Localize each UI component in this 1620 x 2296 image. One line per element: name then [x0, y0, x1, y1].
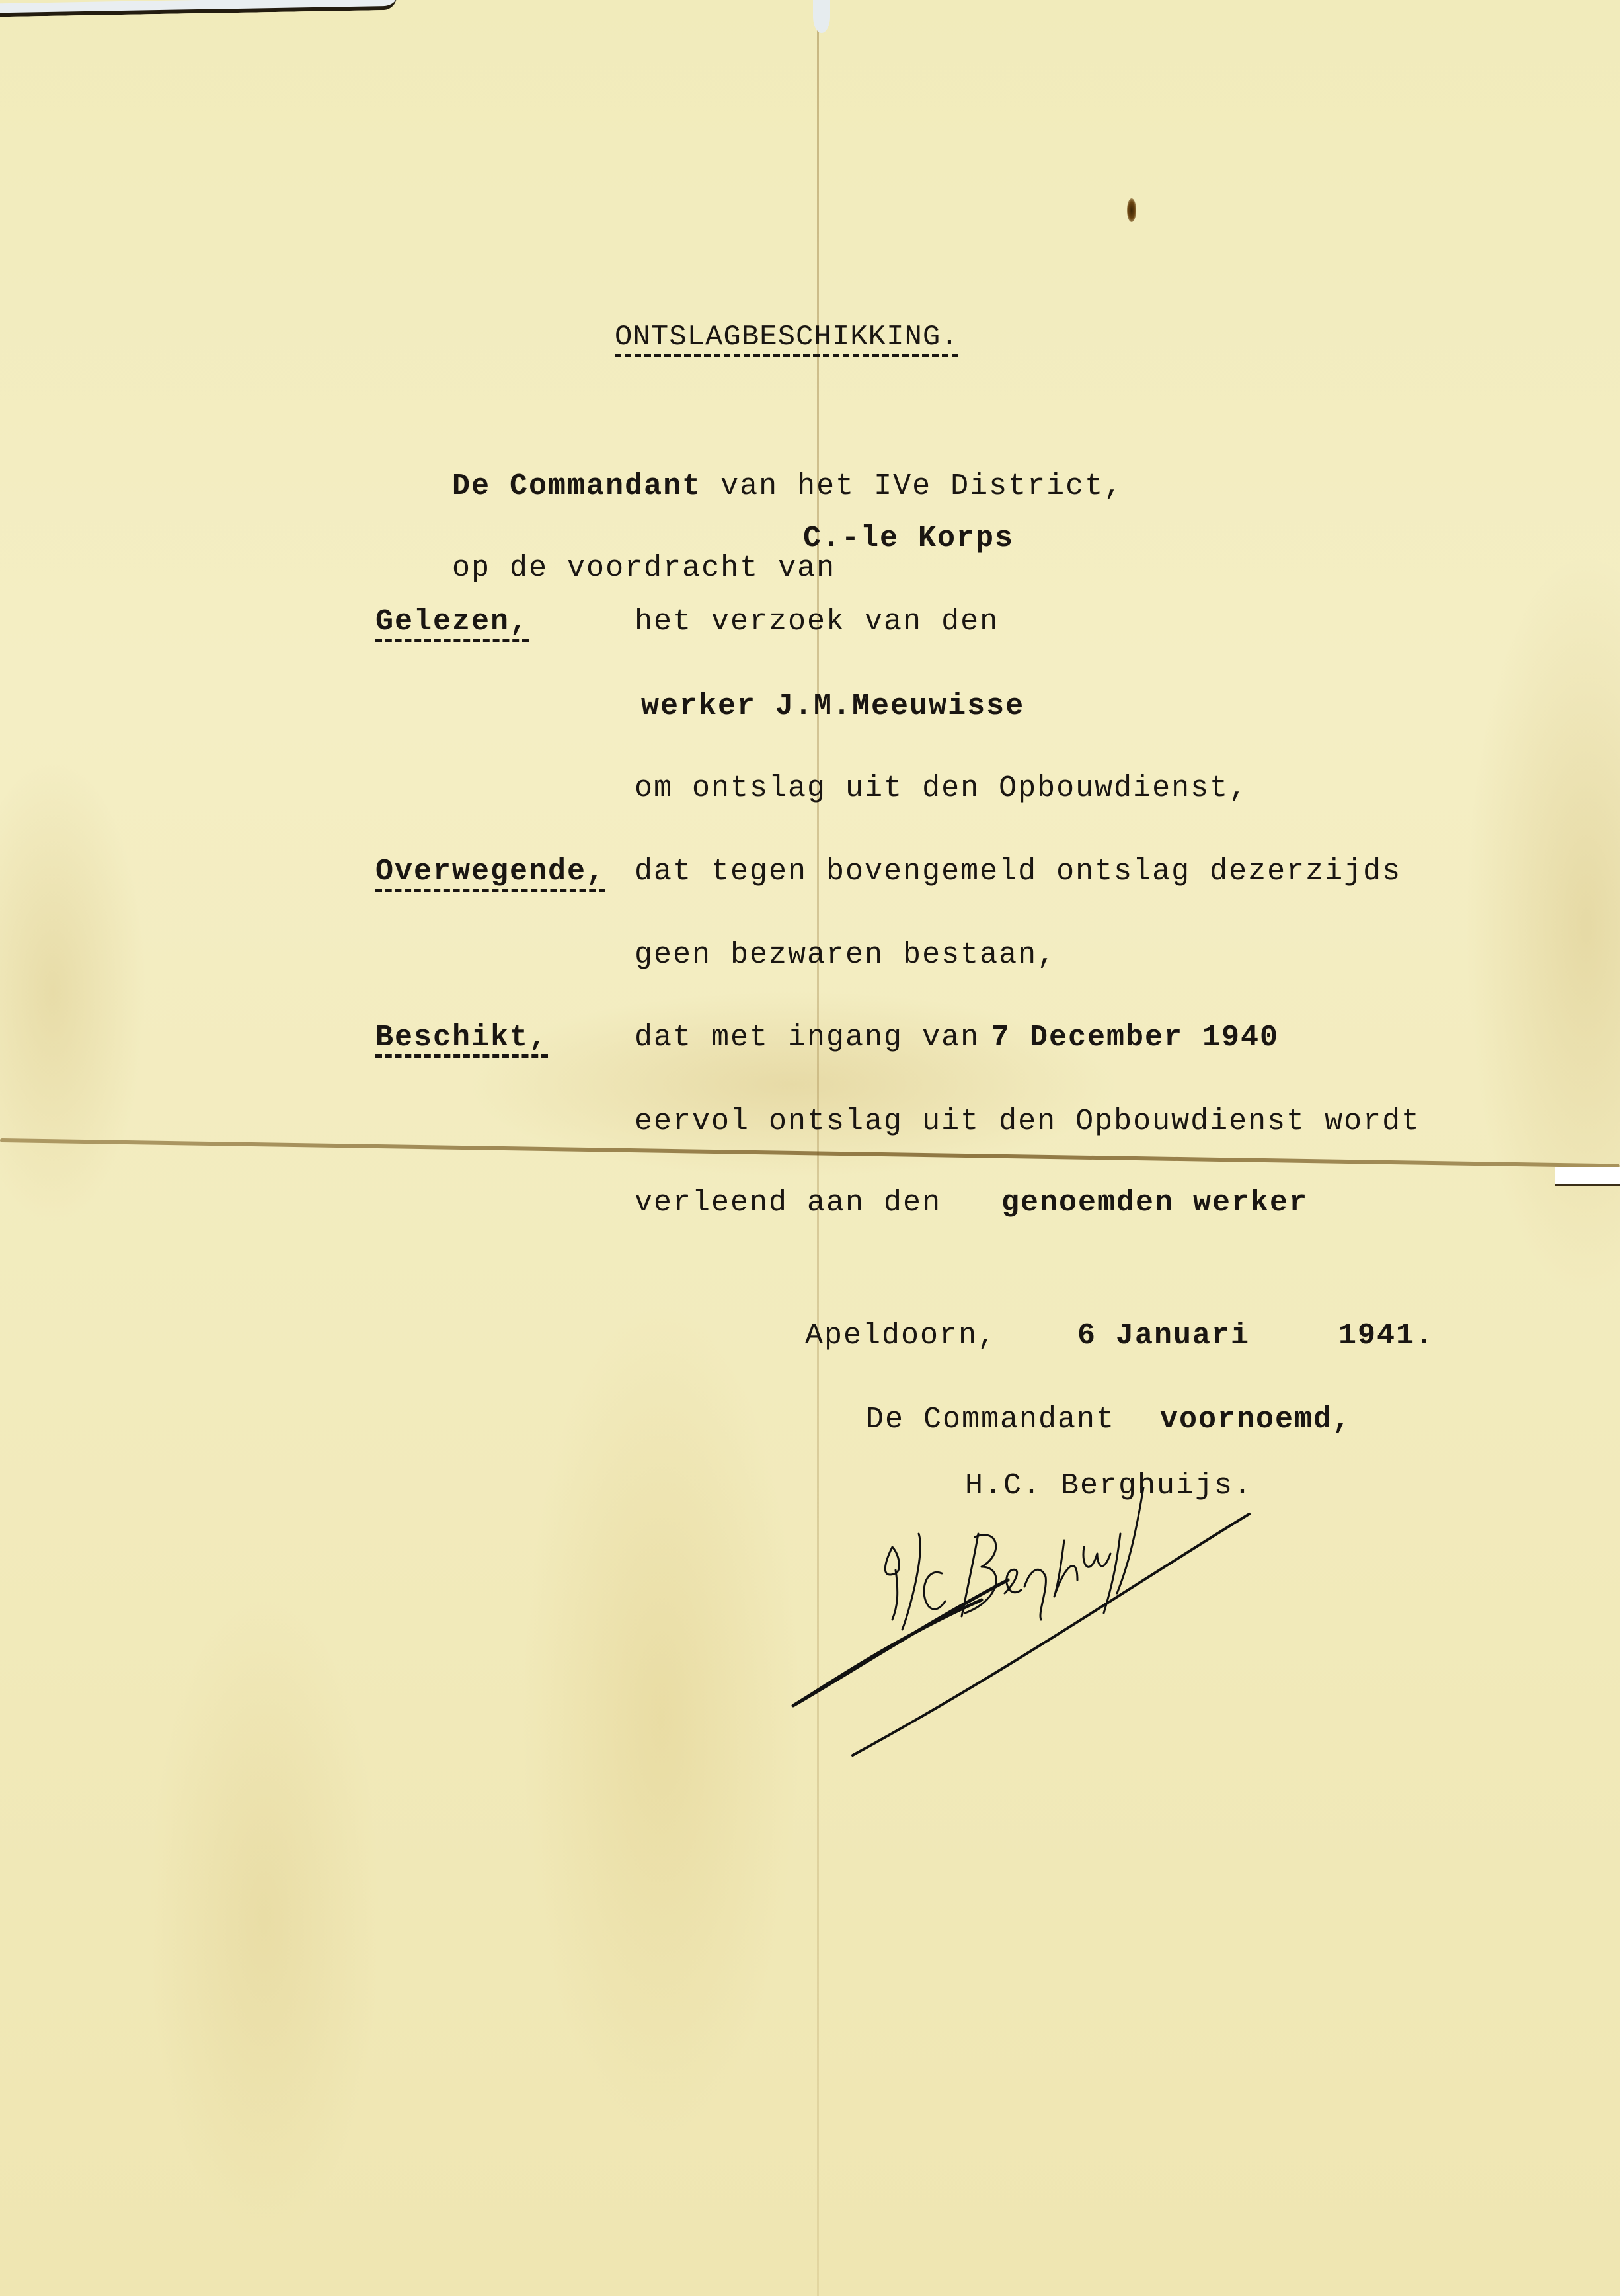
beschikt-line-2: eervol ontslag uit den Opbouwdienst word… — [635, 1107, 1420, 1136]
overwegende-line-1: dat tegen bovengemeld ontslag dezerzijds — [635, 857, 1401, 887]
issuer-bold: De Commandant — [452, 469, 701, 503]
label-overwegende: Overwegende, — [375, 857, 605, 887]
beschikt-line-3: verleend aan den — [635, 1188, 941, 1218]
beschikt-line-1: dat met ingang van — [635, 1023, 980, 1052]
proposal-line: op de voordracht van — [375, 524, 835, 613]
issuer-line: De Commandant van het IVe District, — [375, 442, 1123, 531]
gelezen-line-1: het verzoek van den — [635, 607, 999, 637]
gelezen-line-3: om ontslag uit den Opbouwdienst, — [635, 773, 1248, 803]
label-beschikt: Beschikt, — [375, 1023, 548, 1052]
overwegende-line-2: geen bezwaren bestaan, — [635, 940, 1056, 970]
typed-document: ONTSLAGBESCHIKKING. De Commandant van he… — [0, 0, 1620, 2296]
label-gelezen: Gelezen, — [375, 607, 529, 637]
place: Apeldoorn, — [805, 1321, 997, 1351]
document-title: ONTSLAGBESCHIKKING. — [615, 323, 959, 352]
recipient: genoemden werker — [1001, 1188, 1308, 1218]
date-day-month: 6 Januari — [1077, 1321, 1250, 1351]
issuer-rest: van het IVe District, — [701, 469, 1123, 503]
closing-role: De Commandant — [866, 1405, 1115, 1435]
worker-name: werker J.M.Meeuwisse — [641, 692, 1024, 721]
effective-date: 7 December 1940 — [991, 1023, 1279, 1052]
date-year: 1941. — [1338, 1321, 1434, 1351]
proposal-unit: C.-le Korps — [803, 524, 1014, 553]
handwritten-signature — [787, 1487, 1381, 1792]
proposal-prefix: op de voordracht van — [452, 551, 835, 585]
closing-role-suffix: voornoemd, — [1160, 1405, 1352, 1435]
